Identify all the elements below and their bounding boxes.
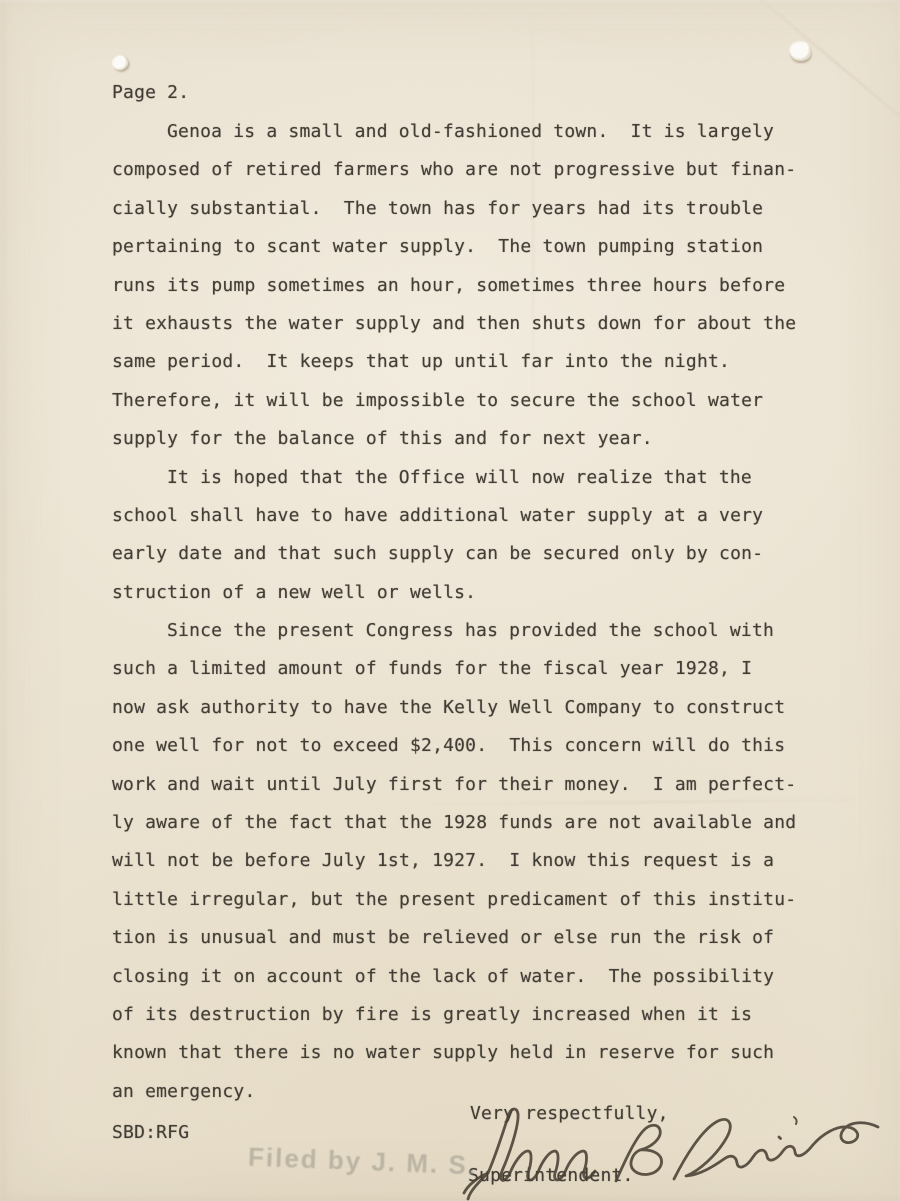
valediction: Very respectfully, xyxy=(470,1103,669,1124)
letter-line: struction of a new well or wells. xyxy=(112,574,832,612)
paragraph: It is hoped that the Office will now rea… xyxy=(112,459,832,613)
letter-line: such a limited amount of funds for the f… xyxy=(112,650,832,688)
letter-line: tion is unusual and must be relieved or … xyxy=(112,919,832,957)
paper-hole-top-left xyxy=(111,54,129,71)
letter-line: it exhausts the water supply and then sh… xyxy=(112,305,832,343)
letter-line: pertaining to scant water supply. The to… xyxy=(112,228,832,266)
letter-line: Therefore, it will be impossible to secu… xyxy=(112,382,832,420)
paragraph: Genoa is a small and old-fashioned town.… xyxy=(112,113,832,459)
letter-body: Genoa is a small and old-fashioned town.… xyxy=(112,113,832,1111)
letter-line: now ask authority to have the Kelly Well… xyxy=(112,689,832,727)
letter-line: known that there is no water supply held… xyxy=(112,1034,832,1072)
letter-line: ly aware of the fact that the 1928 funds… xyxy=(112,804,832,842)
paper-hole-top-right xyxy=(789,40,813,62)
letter-line: one well for not to exceed $2,400. This … xyxy=(112,727,832,765)
signer-title: Superintendent. xyxy=(468,1165,634,1186)
reference-initials: SBD:RFG xyxy=(112,1122,189,1143)
letter-line: composed of retired farmers who are not … xyxy=(112,151,832,189)
letter-line: Genoa is a small and old-fashioned town.… xyxy=(112,113,832,151)
letter-line: runs its pump sometimes an hour, sometim… xyxy=(112,267,832,305)
letter-line: same period. It keeps that up until far … xyxy=(112,343,832,381)
letter-line: of its destruction by fire is greatly in… xyxy=(112,996,832,1034)
letter-line: supply for the balance of this and for n… xyxy=(112,420,832,458)
filed-stamp: Filed by J. M. S. xyxy=(247,1142,477,1182)
letter-line: cially substantial. The town has for yea… xyxy=(112,190,832,228)
page-number-label: Page 2. xyxy=(112,82,189,103)
letter-line: work and wait until July first for their… xyxy=(112,766,832,804)
letter-line: school shall have to have additional wat… xyxy=(112,497,832,535)
letter-page: Page 2. Genoa is a small and old-fashion… xyxy=(0,0,900,1201)
letter-line: will not be before July 1st, 1927. I kno… xyxy=(112,842,832,880)
letter-line: little irregular, but the present predic… xyxy=(112,881,832,919)
letter-line: It is hoped that the Office will now rea… xyxy=(112,459,832,497)
paragraph: Since the present Congress has provided … xyxy=(112,612,832,1111)
letter-line: closing it on account of the lack of wat… xyxy=(112,958,832,996)
letter-line: early date and that such supply can be s… xyxy=(112,535,832,573)
letter-line: Since the present Congress has provided … xyxy=(112,612,832,650)
